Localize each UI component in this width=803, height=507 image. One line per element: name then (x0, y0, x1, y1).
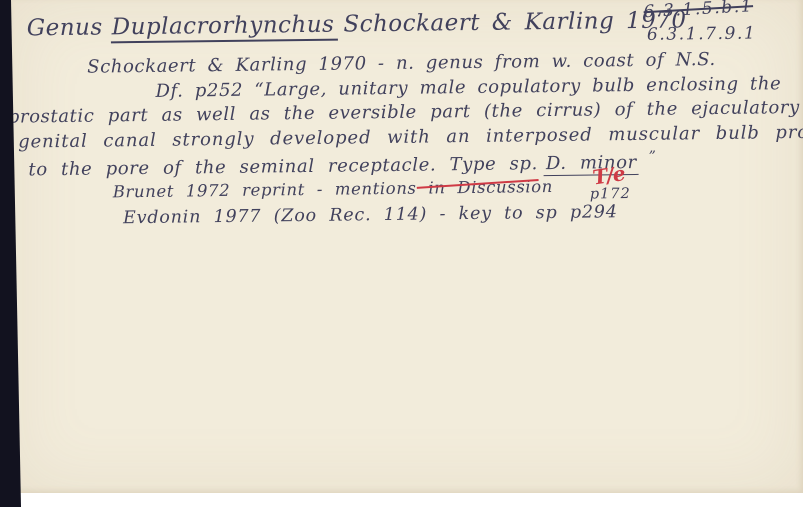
genus-authority: Schockaert & Karling 1970 (343, 7, 687, 37)
closing-quote: ” (649, 149, 657, 165)
genus-name: Duplacrorhynchus (111, 12, 338, 44)
genus-prefix: Genus (27, 14, 103, 41)
brunet-reference-line: Brunet 1972 reprint - mentions in Discus… (113, 177, 553, 201)
definition-line-4: to the pore of the seminal receptacle. T… (28, 149, 656, 181)
genus-heading: GenusDuplacrorhynchusSchockaert & Karlin… (27, 7, 687, 41)
definition-line-4-text: to the pore of the seminal receptacle. T… (28, 153, 538, 180)
evdonin-reference-line: Evdonin 1977 (Zoo Rec. 114) - key to sp … (123, 202, 618, 228)
handwriting-layer: 6.3.1.5.b.1 6.3.1.7.9.1 GenusDuplacrorhy… (0, 0, 803, 507)
scanned-index-card: 6.3.1.5.b.1 6.3.1.7.9.1 GenusDuplacrorhy… (0, 0, 803, 507)
brunet-reference-text: Brunet 1972 reprint - mentions in (113, 178, 446, 201)
source-citation-line: Schockaert & Karling 1970 - n. genus fro… (87, 49, 716, 78)
page-reference: p172 (590, 186, 631, 202)
brunet-topic: Discussion (457, 177, 553, 197)
